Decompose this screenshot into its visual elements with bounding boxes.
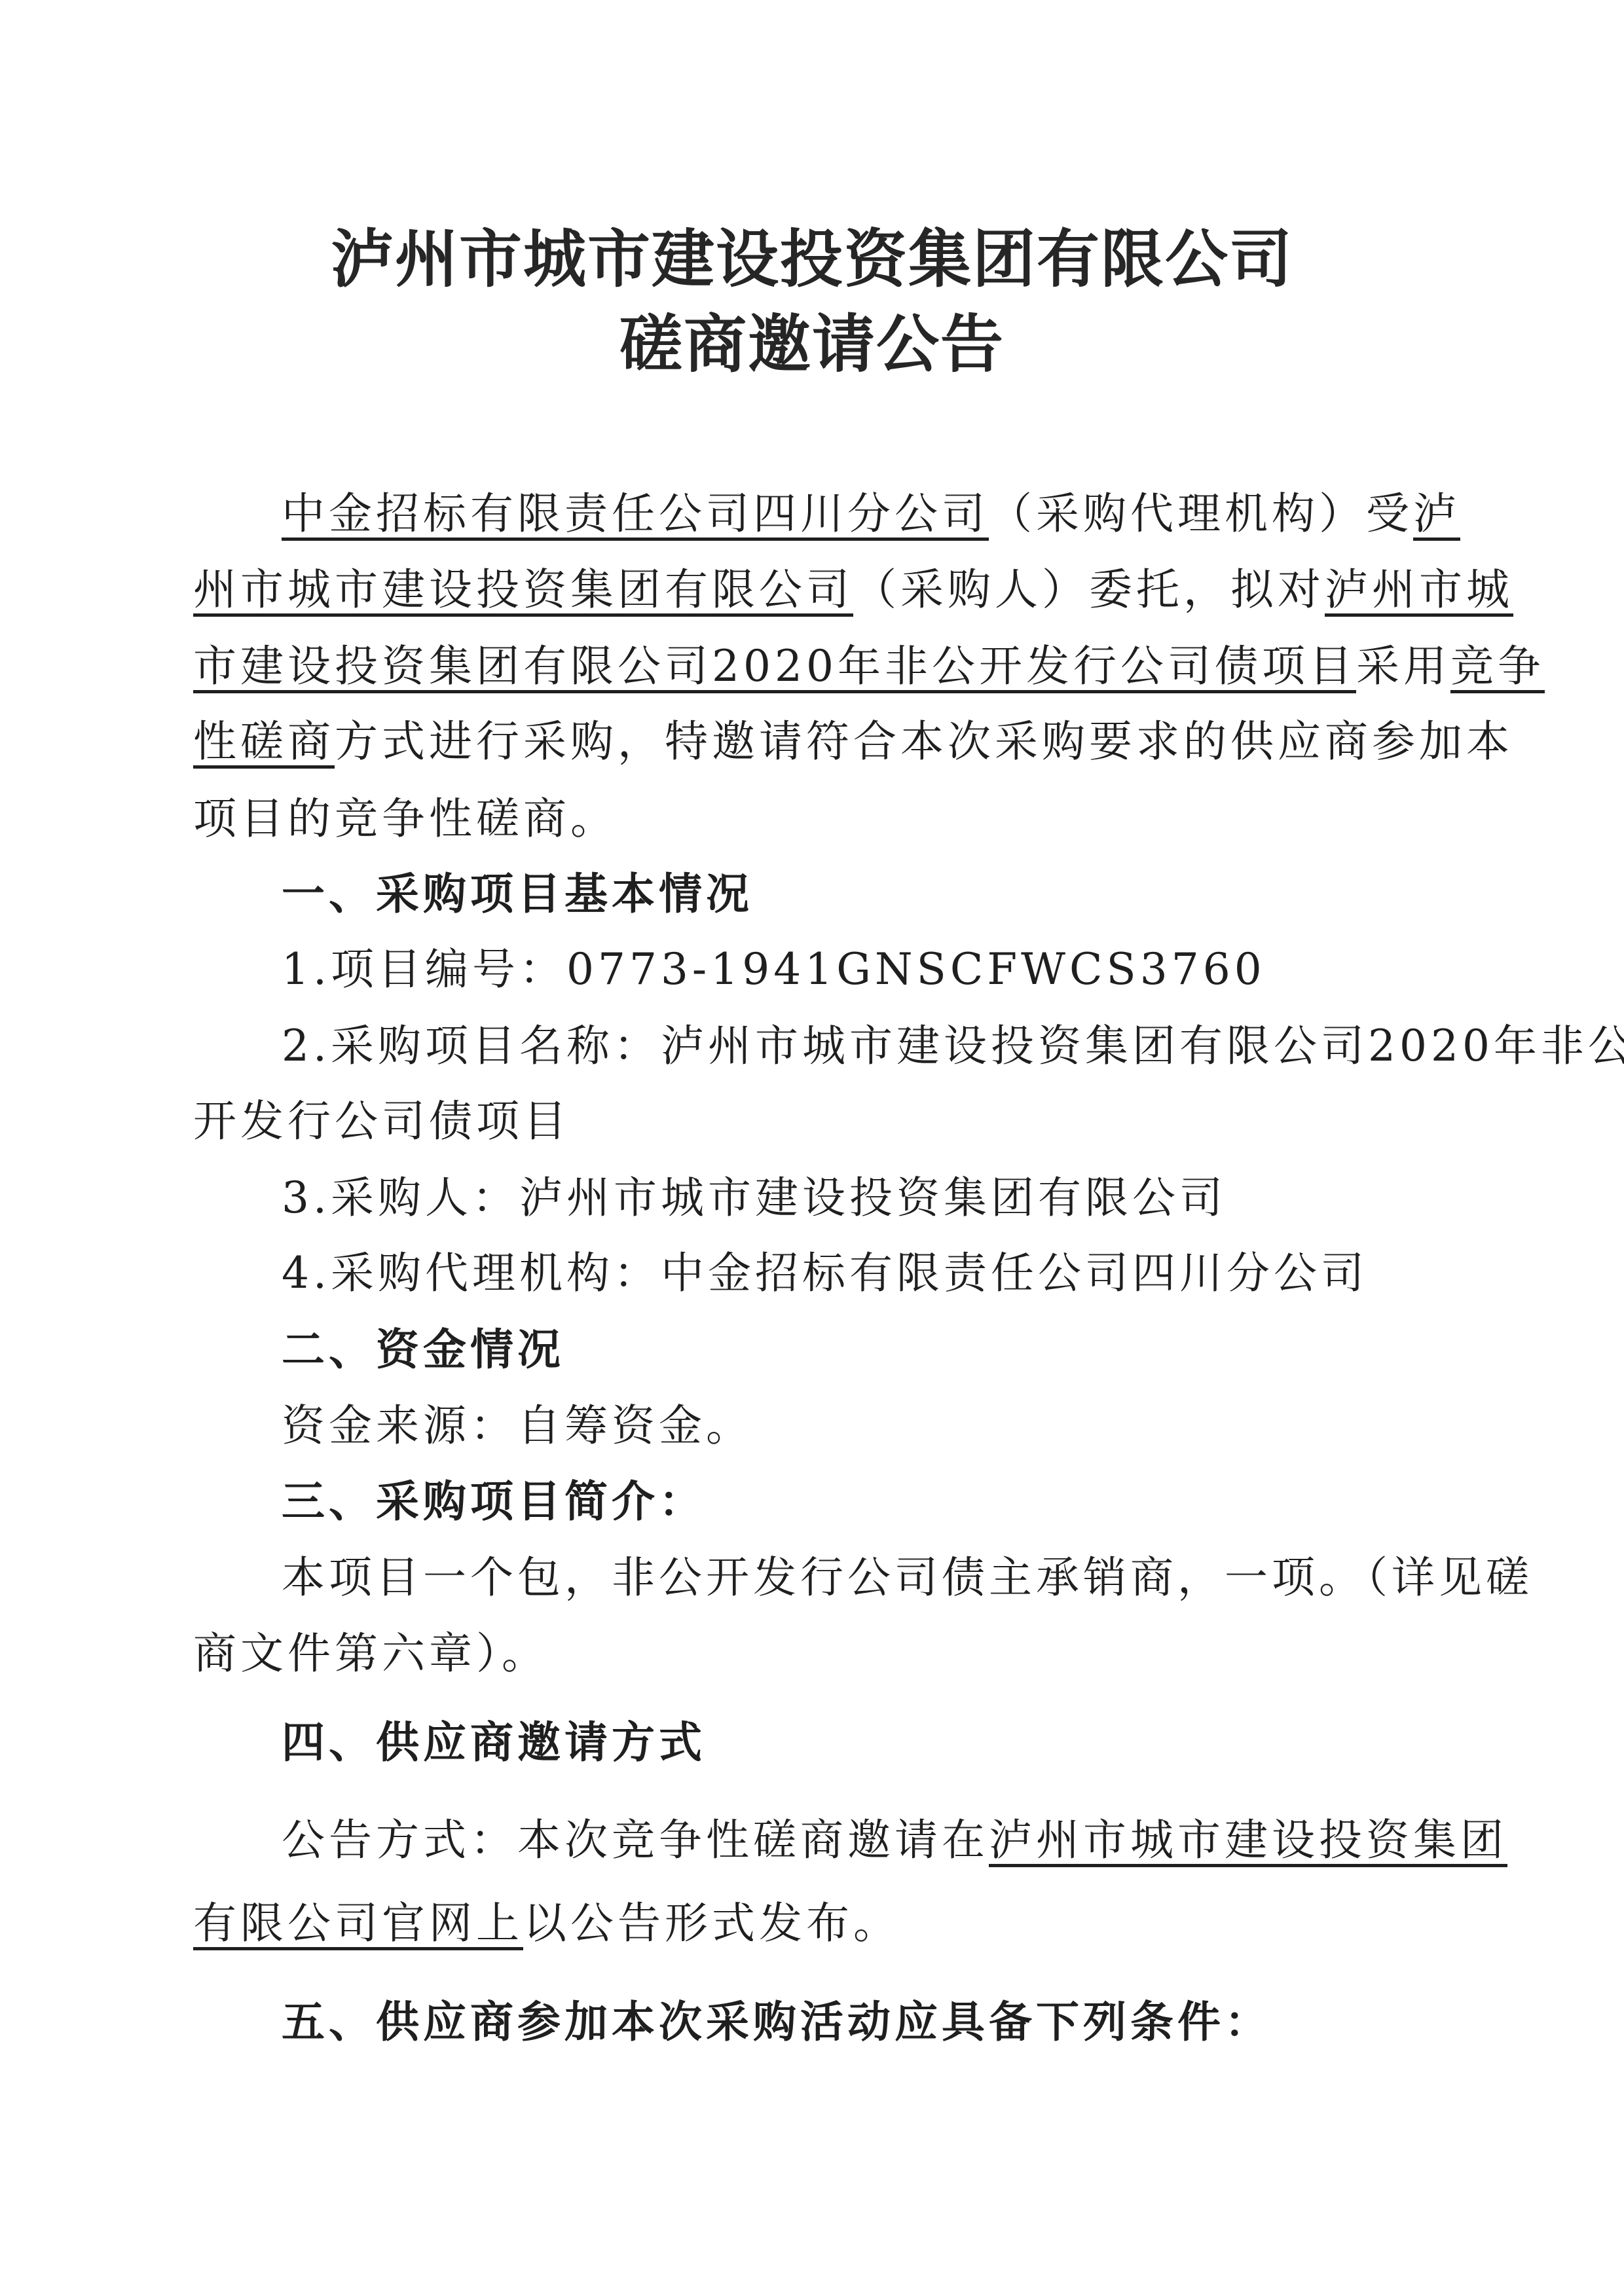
intro-text: （采购代理机构）受 — [989, 488, 1413, 539]
announcement-text: 以公告形式发布。 — [523, 1898, 900, 1948]
fund-source: 资金来源：自筹资金。 — [282, 1404, 753, 1448]
intro-text: 采用 — [1356, 641, 1450, 691]
section-3-heading: 三、采购项目简介： — [282, 1480, 706, 1523]
document-title-org: 泸州市城市建设投资集团有限公司 — [0, 210, 1624, 299]
project-name-start: 泸州市城 — [1325, 564, 1513, 615]
project-name: 市建设投资集团有限公司2020年非公开发行公司债项目 — [193, 641, 1356, 691]
intro-text: （采购人）委托，拟对 — [853, 564, 1325, 615]
section-1-heading: 一、采购项目基本情况 — [282, 872, 753, 915]
official-site-name: 泸州市城市建设投资集团 — [989, 1815, 1507, 1865]
project-title-line-2: 开发行公司债项目 — [193, 1100, 570, 1143]
intro-line-1: 中金招标有限责任公司四川分公司（采购代理机构）受泸 — [282, 492, 1460, 536]
section-4-heading: 四、供应商邀请方式 — [282, 1721, 706, 1764]
intro-line-4: 性磋商方式进行采购，特邀请符合本次采购要求的供应商参加本 — [193, 720, 1513, 763]
procurement-agency: 4.采购代理机构：中金招标有限责任公司四川分公司 — [282, 1252, 1368, 1295]
intro-text: 方式进行采购，特邀请符合本次采购要求的供应商参加本 — [335, 716, 1513, 767]
method-start: 竞争 — [1450, 641, 1545, 691]
intro-line-2: 州市城市建设投资集团有限公司（采购人）委托，拟对泸州市城 — [193, 568, 1513, 611]
project-summary-line-1: 本项目一个包，非公开发行公司债主承销商，一项。（详见磋 — [282, 1556, 1533, 1599]
procurement-method: 性磋商 — [193, 716, 335, 767]
project-number: 1.项目编号：0773-1941GNSCFWCS3760 — [282, 948, 1266, 991]
project-summary-line-2: 商文件第六章）。 — [193, 1632, 549, 1675]
announcement-method-line-2: 有限公司官网上以公告形式发布。 — [193, 1902, 900, 1945]
intro-line-3: 市建设投资集团有限公司2020年非公开发行公司债项目采用竞争 — [193, 645, 1545, 688]
announcement-text: 公告方式：本次竞争性磋商邀请在 — [282, 1815, 989, 1865]
purchaser-name-start: 泸 — [1413, 488, 1460, 539]
project-title-line-1: 2.采购项目名称：泸州市城市建设投资集团有限公司2020年非公 — [282, 1025, 1624, 1068]
official-site: 有限公司官网上 — [193, 1898, 523, 1948]
announcement-method-line-1: 公告方式：本次竞争性磋商邀请在泸州市城市建设投资集团 — [282, 1819, 1507, 1862]
document-title: 磋商邀请公告 — [0, 295, 1624, 384]
section-5-heading: 五、供应商参加本次采购活动应具备下列条件： — [282, 2000, 1272, 2043]
purchaser-name: 州市城市建设投资集团有限公司 — [193, 564, 853, 615]
agency-name: 中金招标有限责任公司四川分公司 — [282, 488, 989, 539]
purchaser: 3.采购人：泸州市城市建设投资集团有限公司 — [282, 1176, 1227, 1220]
intro-line-5: 项目的竞争性磋商。 — [193, 797, 618, 841]
section-2-heading: 二、资金情况 — [282, 1328, 564, 1371]
